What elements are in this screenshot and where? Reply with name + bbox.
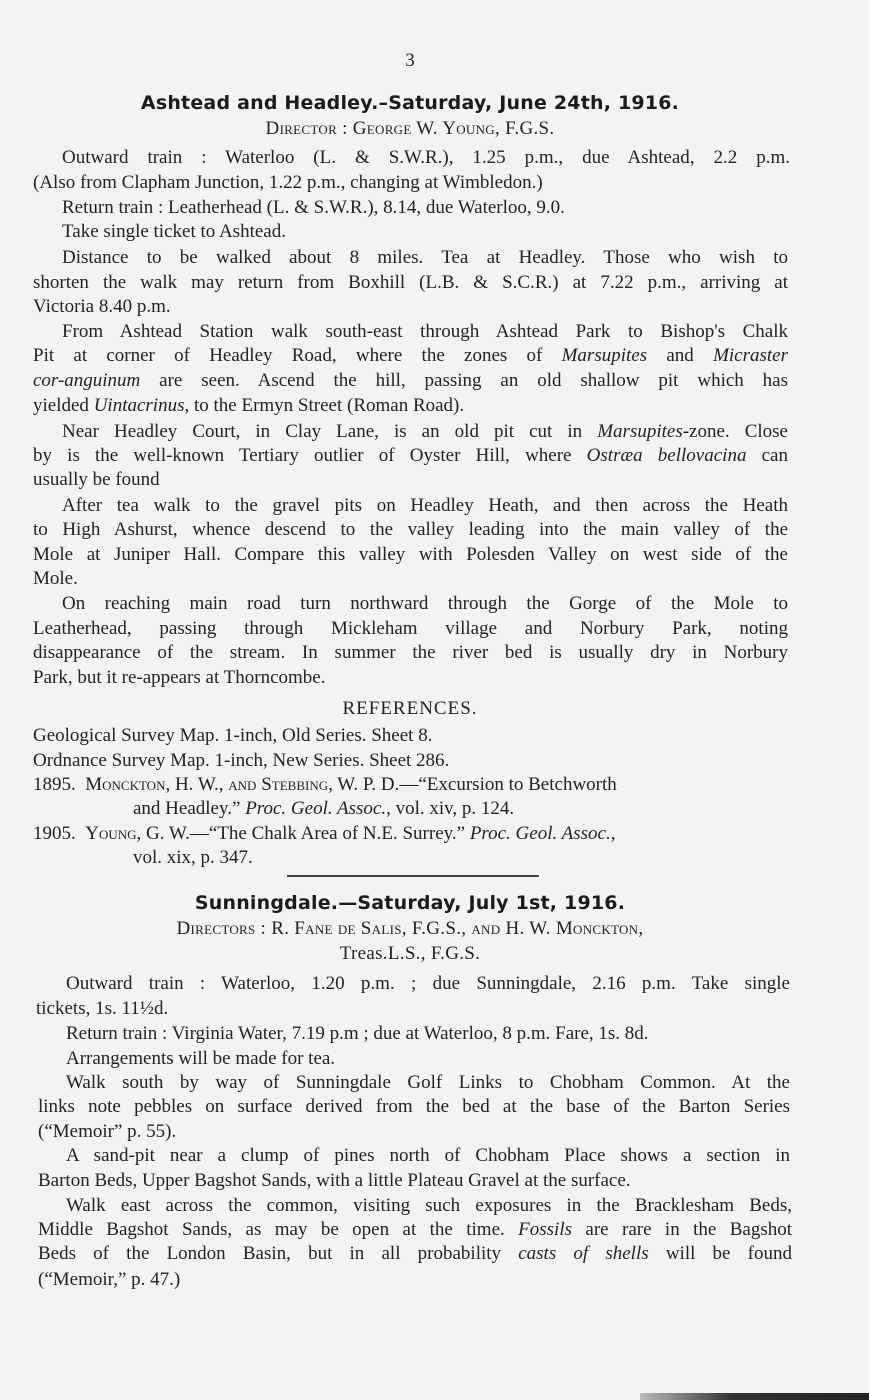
body-line: disappearance of the stream. In summer t… <box>33 641 788 665</box>
body-line: Mole. <box>33 567 78 591</box>
body-line: to High Ashurst, whence descend to the v… <box>33 518 788 542</box>
body-line: usually be found <box>33 468 160 492</box>
reference-item-cont: and Headley.” Proc. Geol. Assoc., vol. x… <box>133 797 514 821</box>
body-line: Park, but it re-appears at Thorncombe. <box>33 666 325 690</box>
body-line: Outward train : Waterloo, 1.20 p.m. ; du… <box>66 972 790 996</box>
body-line: A sand-pit near a clump of pines north o… <box>66 1144 790 1168</box>
directors-line: Directors : R. Fane de Salis, F.G.S., an… <box>0 918 820 940</box>
body-line: On reaching main road turn northward thr… <box>62 592 788 616</box>
body-line: yielded Uintacrinus, to the Ermyn Street… <box>33 394 464 418</box>
scan-edge-artifact <box>640 1393 869 1400</box>
excursion-title-sunningdale: Sunningdale.—Saturday, July 1st, 1916. <box>0 892 820 914</box>
reference-item-cont: vol. xix, p. 347. <box>133 846 253 870</box>
reference-item: 1905. Young, G. W.—“The Chalk Area of N.… <box>33 822 615 846</box>
directors-label: Directors : <box>176 918 266 939</box>
directors-line-2: Treas.L.S., F.G.S. <box>0 943 820 965</box>
director-name: George W. Young, F.G.S. <box>353 118 555 139</box>
section-divider <box>287 875 539 877</box>
body-line: Mole at Juniper Hall. Compare this valle… <box>33 543 788 567</box>
body-line: Return train : Leatherhead (L. & S.W.R.)… <box>62 196 565 220</box>
body-line: Near Headley Court, in Clay Lane, is an … <box>62 420 788 444</box>
body-line: shorten the walk may return from Boxhill… <box>33 271 788 295</box>
body-line: Leatherhead, passing through Mickleham v… <box>33 617 788 641</box>
body-line: links note pebbles on surface derived fr… <box>38 1095 790 1119</box>
body-line: Walk south by way of Sunningdale Golf Li… <box>66 1071 790 1095</box>
body-line: Middle Bagshot Sands, as may be open at … <box>38 1218 792 1242</box>
body-line: Victoria 8.40 p.m. <box>33 295 171 319</box>
body-line: After tea walk to the gravel pits on Hea… <box>62 494 788 518</box>
body-line: Pit at corner of Headley Road, where the… <box>33 344 788 368</box>
references-heading: REFERENCES. <box>0 698 820 720</box>
page-number: 3 <box>0 50 820 72</box>
body-line: (“Memoir” p. 55). <box>38 1120 176 1144</box>
body-line: Arrangements will be made for tea. <box>66 1047 335 1071</box>
body-line: Beds of the London Basin, but in all pro… <box>38 1242 792 1266</box>
director-line: Director : George W. Young, F.G.S. <box>0 118 820 140</box>
body-line: Barton Beds, Upper Bagshot Sands, with a… <box>38 1169 631 1193</box>
reference-item: Ordnance Survey Map. 1-inch, New Series.… <box>33 749 449 773</box>
body-line: Return train : Virginia Water, 7.19 p.m … <box>66 1022 649 1046</box>
reference-item: 1895. Monckton, H. W., and Stebbing, W. … <box>33 773 617 797</box>
excursion-title-ashtead: Ashtead and Headley.–Saturday, June 24th… <box>0 92 820 114</box>
document-page: 3 Ashtead and Headley.–Saturday, June 24… <box>0 0 869 1400</box>
body-line: Take single ticket to Ashtead. <box>62 220 286 244</box>
body-line: Outward train : Waterloo (L. & S.W.R.), … <box>62 146 790 170</box>
body-line: (Also from Clapham Junction, 1.22 p.m., … <box>33 171 543 195</box>
body-line: tickets, 1s. 11½d. <box>36 997 168 1021</box>
body-line: From Ashtead Station walk south-east thr… <box>62 320 788 344</box>
reference-item: Geological Survey Map. 1-inch, Old Serie… <box>33 724 432 748</box>
directors-names: R. Fane de Salis, F.G.S., and H. W. Monc… <box>271 918 643 939</box>
body-line: Walk east across the common, visiting su… <box>66 1194 792 1218</box>
director-label: Director : <box>266 118 348 139</box>
body-line: (“Memoir,” p. 47.) <box>38 1268 180 1292</box>
body-line: Distance to be walked about 8 miles. Tea… <box>62 246 788 270</box>
body-line: cor-anguinum are seen. Ascend the hill, … <box>33 369 788 393</box>
body-line: by is the well-known Tertiary outlier of… <box>33 444 788 468</box>
